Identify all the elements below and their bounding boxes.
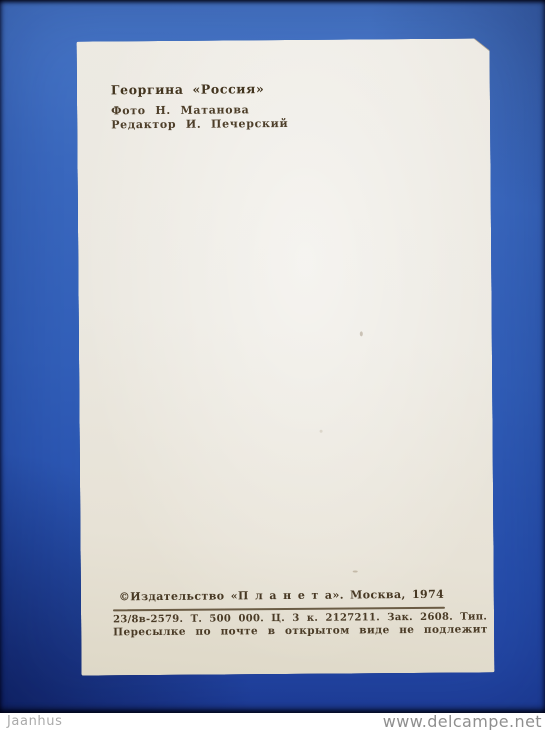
paper-speck <box>320 430 323 433</box>
site-watermark: www.delcampe.net <box>383 713 542 730</box>
postcard-photo-scene: Георгина «Россия» Фото Н. Матанова Редак… <box>0 0 545 730</box>
paper-speck <box>360 331 363 336</box>
folded-corner <box>474 38 490 51</box>
paper-speck <box>353 570 358 572</box>
imprint-block: ©Издательство «П л а н е т а». Москва, 1… <box>113 588 461 639</box>
postcard-title: Георгина «Россия» <box>111 81 288 97</box>
photo-credit: Фото Н. Матанова <box>111 103 288 118</box>
postcard-back: Георгина «Россия» Фото Н. Матанова Редак… <box>77 38 495 675</box>
seller-watermark: Jaanhus <box>7 714 62 730</box>
caption-block: Георгина «Россия» Фото Н. Матанова Редак… <box>111 81 289 131</box>
imprint-divider <box>113 607 445 612</box>
blue-backdrop: Георгина «Россия» Фото Н. Матанова Редак… <box>0 0 545 713</box>
editor-credit: Редактор И. Печерский <box>111 116 288 131</box>
publisher-line: ©Издательство «П л а н е т а». Москва, 1… <box>113 588 461 604</box>
postal-note: Пересылке по почте в открытом виде не по… <box>113 624 461 639</box>
watermark-strip: Jaanhus www.delcampe.net <box>0 713 545 730</box>
